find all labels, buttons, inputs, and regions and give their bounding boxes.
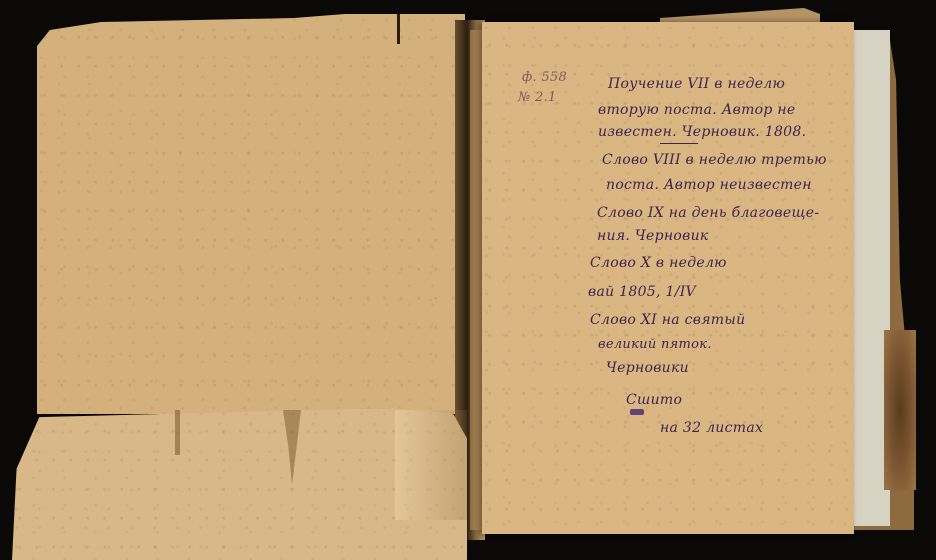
handwriting-line: великий пяток. <box>598 337 712 352</box>
handwriting-line: Слово X в неделю <box>590 255 727 271</box>
handwriting-line: Черновики <box>606 360 689 376</box>
underline <box>660 143 698 144</box>
handwriting-line: на 32 листах <box>660 420 763 436</box>
archive-item-mark: № 2.1 <box>518 90 557 105</box>
handwriting-line: Поучение VII в неделю <box>608 76 785 92</box>
ink-blot <box>630 409 644 415</box>
handwriting-line: вторую поста. Автор не <box>598 102 796 118</box>
handwriting-line: известен. Черновик. 1808. <box>598 124 806 140</box>
archive-fond-mark: ф. 558 <box>522 70 567 85</box>
left-page-inside-cover <box>37 14 465 414</box>
handwriting-line: поста. Автор неизвестен <box>606 177 812 193</box>
handwriting-line: вай 1805, 1/IV <box>588 284 696 300</box>
flap-crease <box>175 410 180 455</box>
handwriting-line: Слово XI на святый <box>590 312 745 328</box>
flap-curl <box>395 410 467 520</box>
handwriting-line: Сшито <box>626 392 682 408</box>
water-stain <box>884 330 916 490</box>
handwriting-line: Слово IX на день благовеще- <box>597 205 819 221</box>
handwriting-line: Слово VIII в неделю третью <box>602 152 827 168</box>
left-page-tear <box>397 14 400 44</box>
handwriting-line: ния. Черновик <box>597 228 709 244</box>
